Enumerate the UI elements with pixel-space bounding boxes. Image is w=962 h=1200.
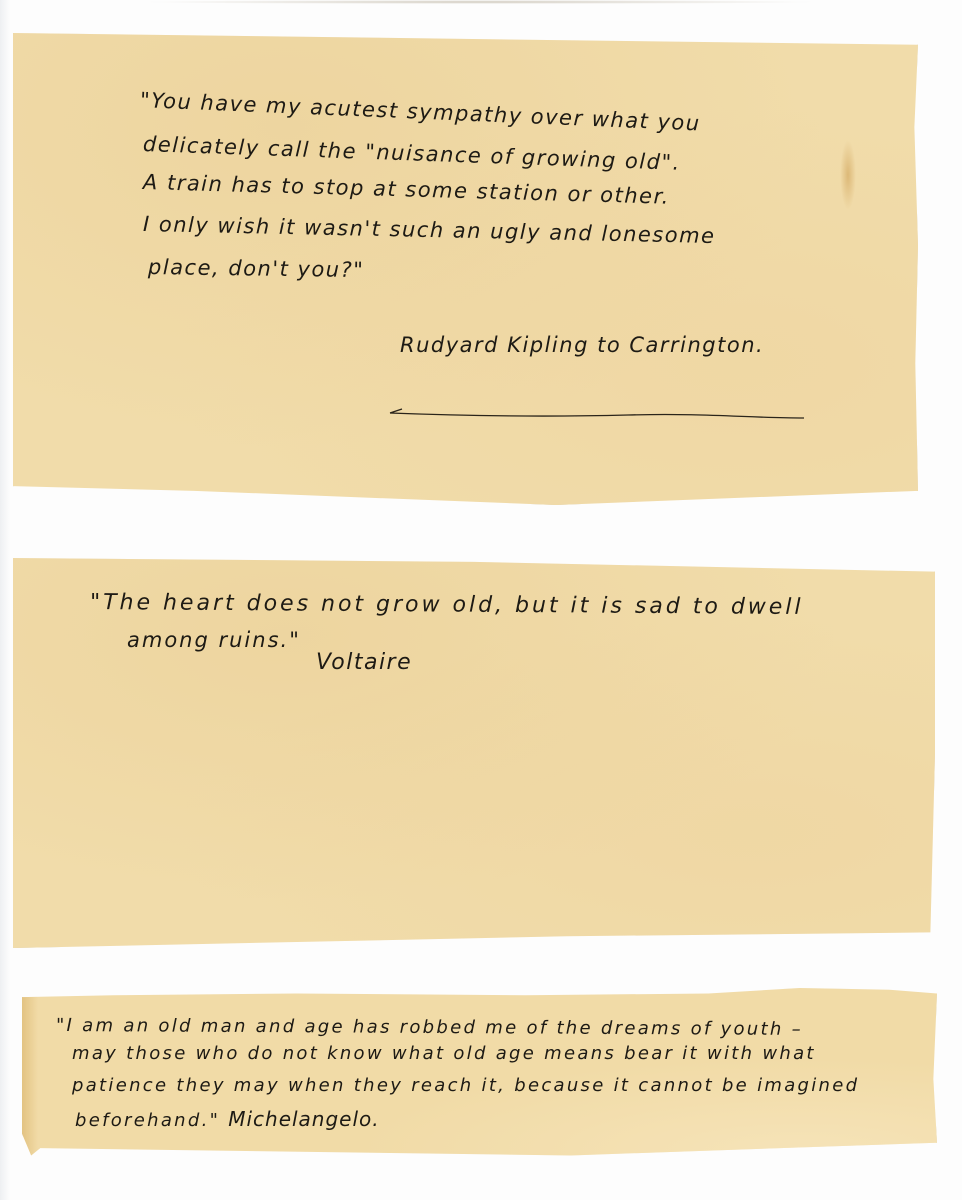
attribution: Voltaire bbox=[316, 650, 412, 675]
quote-line: "I am an old man and age has robbed me o… bbox=[56, 1015, 803, 1040]
quote-line: beforehand." bbox=[75, 1110, 220, 1131]
paper-stain bbox=[840, 140, 856, 210]
quote-line: place, don't you?" bbox=[148, 255, 365, 282]
quote-line: among ruins." bbox=[127, 628, 301, 652]
quote-line: "The heart does not grow old, but it is … bbox=[90, 590, 804, 620]
attribution: Rudyard Kipling to Carrington. bbox=[400, 333, 764, 357]
attribution: Michelangelo. bbox=[228, 1107, 379, 1131]
left-arrow-icon bbox=[388, 408, 806, 422]
quote-line: patience they may when they reach it, be… bbox=[72, 1075, 859, 1096]
page-shadow bbox=[140, 0, 820, 4]
quote-line-with-attribution: beforehand."Michelangelo. bbox=[75, 1107, 380, 1131]
quote-line: may those who do not know what old age m… bbox=[72, 1043, 816, 1064]
scan-edge bbox=[0, 0, 10, 1200]
